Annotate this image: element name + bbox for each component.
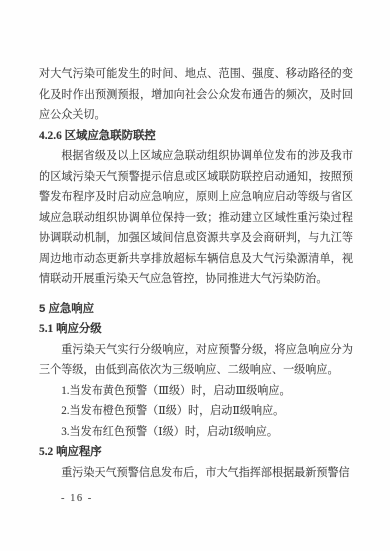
page-number: - 16 - [61, 493, 93, 505]
document-page: 对大气污染可能发生的时间、地点、范围、强度、移动路径的变化及时作出预测预报，增加… [0, 0, 390, 551]
page-content: 对大气污染可能发生的时间、地点、范围、强度、移动路径的变化及时作出预测预报，增加… [39, 64, 353, 483]
paragraph-response-procedure: 重污染天气预警信息发布后，市大气指挥部根据最新预警信 [39, 463, 353, 484]
response-list-item-yellow: 1.当发布黄色预警（Ⅲ级）时，启动Ⅲ级响应。 [39, 381, 353, 402]
paragraph-regional-coordination: 根据省级及以上区域应急联动组织协调单位发布的涉及我市的区域污染天气预警提示信息或… [39, 146, 353, 290]
paragraph-continuation: 对大气污染可能发生的时间、地点、范围、强度、移动路径的变化及时作出预测预报，增加… [39, 64, 353, 126]
heading-4-2-6-regional-joint-prevention: 4.2.6 区域应急联防联控 [39, 126, 353, 147]
heading-5-2-response-procedure: 5.2 响应程序 [39, 442, 353, 463]
heading-5-emergency-response: 5 应急响应 [39, 299, 353, 320]
heading-5-1-response-grading: 5.1 响应分级 [39, 319, 353, 340]
paragraph-response-grading: 重污染天气实行分级响应，对应预警分级，将应急响应分为三个等级，由低到高依次为三级… [39, 340, 353, 381]
response-list-item-orange: 2.当发布橙色预警（Ⅱ级）时，启动Ⅱ级响应。 [39, 401, 353, 422]
response-list-item-red: 3.当发布红色预警（Ⅰ级）时，启动Ⅰ级响应。 [39, 422, 353, 443]
